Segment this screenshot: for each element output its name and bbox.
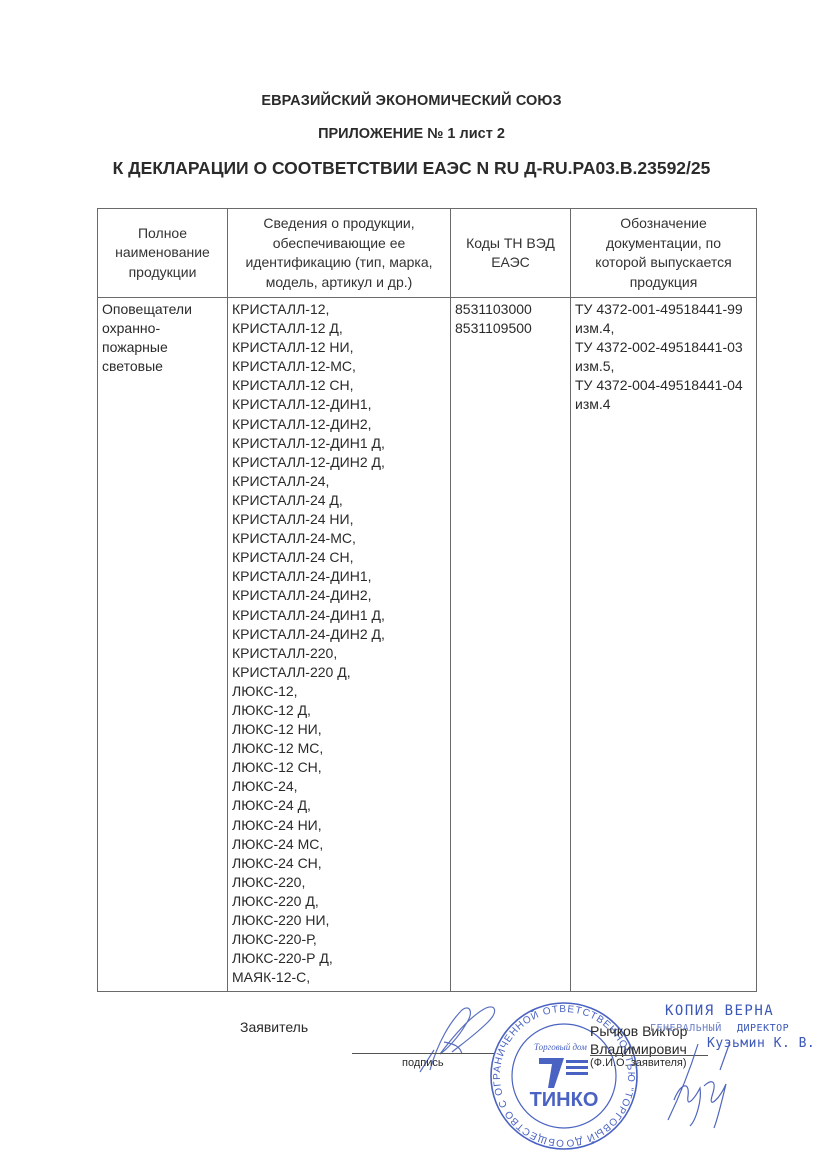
model-item: ЛЮКС-24 Д,	[232, 796, 446, 815]
model-item: ЛЮКС-12 СН,	[232, 758, 446, 777]
model-item: ЛЮКС-220 Д,	[232, 892, 446, 911]
model-item: КРИСТАЛЛ-220 Д,	[232, 663, 446, 682]
model-item: КРИСТАЛЛ-24,	[232, 472, 446, 491]
doc-line: изм.4,	[575, 319, 752, 338]
model-item: КРИСТАЛЛ-24-ДИН2 Д,	[232, 625, 446, 644]
documentation-cell: ТУ 4372-001-49518441-99изм.4,ТУ 4372-002…	[571, 298, 757, 992]
model-item: КРИСТАЛЛ-12 СН,	[232, 376, 446, 395]
header-line: обеспечивающие ее	[232, 234, 446, 254]
model-item: КРИСТАЛЛ-12-ДИН1,	[232, 395, 446, 414]
model-item: КРИСТАЛЛ-24-МС,	[232, 529, 446, 548]
model-item: ЛЮКС-12 НИ,	[232, 720, 446, 739]
header-line: продукция	[575, 273, 752, 293]
header-line: Коды ТН ВЭД	[455, 234, 566, 254]
doc-line: ТУ 4372-001-49518441-99	[575, 300, 752, 319]
model-item: ЛЮКС-24 МС,	[232, 835, 446, 854]
model-item: КРИСТАЛЛ-12 НИ,	[232, 338, 446, 357]
copy-cert-title: КОПИЯ ВЕРНА	[665, 1003, 774, 1019]
model-item: КРИСТАЛЛ-24-ДИН2,	[232, 586, 446, 605]
svg-text:ТИНКО: ТИНКО	[530, 1089, 599, 1111]
model-item: КРИСТАЛЛ-12,	[232, 300, 446, 319]
product-name-line: пожарные	[102, 338, 223, 357]
model-item: КРИСТАЛЛ-12-ДИН2 Д,	[232, 453, 446, 472]
model-item: ЛЮКС-220,	[232, 873, 446, 892]
header-line: идентификацию (тип, марка,	[232, 253, 446, 273]
model-item: КРИСТАЛЛ-24 СН,	[232, 548, 446, 567]
products-table: Полноенаименованиепродукции Сведения о п…	[97, 208, 757, 992]
hs-code: 8531109500	[455, 319, 566, 338]
model-item: ЛЮКС-220 НИ,	[232, 911, 446, 930]
model-item: ЛЮКС-24,	[232, 777, 446, 796]
col-header-codes: Коды ТН ВЭДЕАЭС	[451, 209, 571, 298]
col-header-identification: Сведения о продукции,обеспечивающие ееид…	[228, 209, 451, 298]
product-models-cell: КРИСТАЛЛ-12,КРИСТАЛЛ-12 Д,КРИСТАЛЛ-12 НИ…	[228, 298, 451, 992]
signature-caption: подпись	[402, 1057, 444, 1069]
product-name-cell: Оповещателиохранно-пожарныесветовые	[98, 298, 228, 992]
model-item: ЛЮКС-12 МС,	[232, 739, 446, 758]
header-line: документации, по	[575, 234, 752, 254]
svg-text:Торговый дом: Торговый дом	[534, 1042, 587, 1052]
doc-line: ТУ 4372-002-49518441-03	[575, 338, 752, 357]
director-signature-icon	[660, 1040, 740, 1130]
hs-codes-cell: 85311030008531109500	[451, 298, 571, 992]
applicant-label: Заявитель	[240, 1019, 308, 1035]
model-item: КРИСТАЛЛ-24-ДИН1,	[232, 567, 446, 586]
hs-code: 8531103000	[455, 300, 566, 319]
model-item: ЛЮКС-220-Р Д,	[232, 949, 446, 968]
model-item: ЛЮКС-24 СН,	[232, 854, 446, 873]
copy-cert-prefix: ГЕНЕРАЛЬНЫЙ	[650, 1023, 722, 1034]
signature-line	[352, 1053, 494, 1054]
model-item: ЛЮКС-12,	[232, 682, 446, 701]
model-item: КРИСТАЛЛ-24 НИ,	[232, 510, 446, 529]
copy-cert-position: ДИРЕКТОР	[737, 1023, 789, 1034]
table-header-row: Полноенаименованиепродукции Сведения о п…	[98, 209, 757, 298]
product-name-line: световые	[102, 357, 223, 376]
header-line: модель, артикул и др.)	[232, 273, 446, 293]
model-item: ЛЮКС-12 Д,	[232, 701, 446, 720]
col-header-name: Полноенаименованиепродукции	[98, 209, 228, 298]
header-line: Полное	[102, 224, 223, 244]
header-line: наименование	[102, 243, 223, 263]
header-line: Обозначение	[575, 214, 752, 234]
model-item: КРИСТАЛЛ-12 Д,	[232, 319, 446, 338]
model-item: ЛЮКС-220-Р,	[232, 930, 446, 949]
declaration-title: К ДЕКЛАРАЦИИ О СООТВЕТСТВИИ ЕАЭС N RU Д-…	[0, 158, 823, 179]
doc-line: изм.5,	[575, 357, 752, 376]
union-title: ЕВРАЗИЙСКИЙ ЭКОНОМИЧЕСКИЙ СОЮЗ	[0, 93, 823, 109]
model-item: ЛЮКС-24 НИ,	[232, 816, 446, 835]
model-item: КРИСТАЛЛ-24-ДИН1 Д,	[232, 606, 446, 625]
header-line: которой выпускается	[575, 253, 752, 273]
header-line: продукции	[102, 263, 223, 283]
appendix-title: ПРИЛОЖЕНИЕ № 1 лист 2	[0, 126, 823, 142]
table-row: Оповещателиохранно-пожарныесветовые КРИС…	[98, 298, 757, 992]
product-name-line: Оповещатели	[102, 300, 223, 319]
model-item: КРИСТАЛЛ-220,	[232, 644, 446, 663]
model-item: КРИСТАЛЛ-12-ДИН1 Д,	[232, 434, 446, 453]
model-item: КРИСТАЛЛ-12-ДИН2,	[232, 415, 446, 434]
header-line: Сведения о продукции,	[232, 214, 446, 234]
model-item: МАЯК-12-С,	[232, 968, 446, 987]
doc-line: изм.4	[575, 395, 752, 414]
model-item: КРИСТАЛЛ-24 Д,	[232, 491, 446, 510]
doc-line: ТУ 4372-004-49518441-04	[575, 376, 752, 395]
model-item: КРИСТАЛЛ-12-МС,	[232, 357, 446, 376]
product-name-line: охранно-	[102, 319, 223, 338]
col-header-documentation: Обозначениедокументации, покоторой выпус…	[571, 209, 757, 298]
header-line: ЕАЭС	[455, 253, 566, 273]
